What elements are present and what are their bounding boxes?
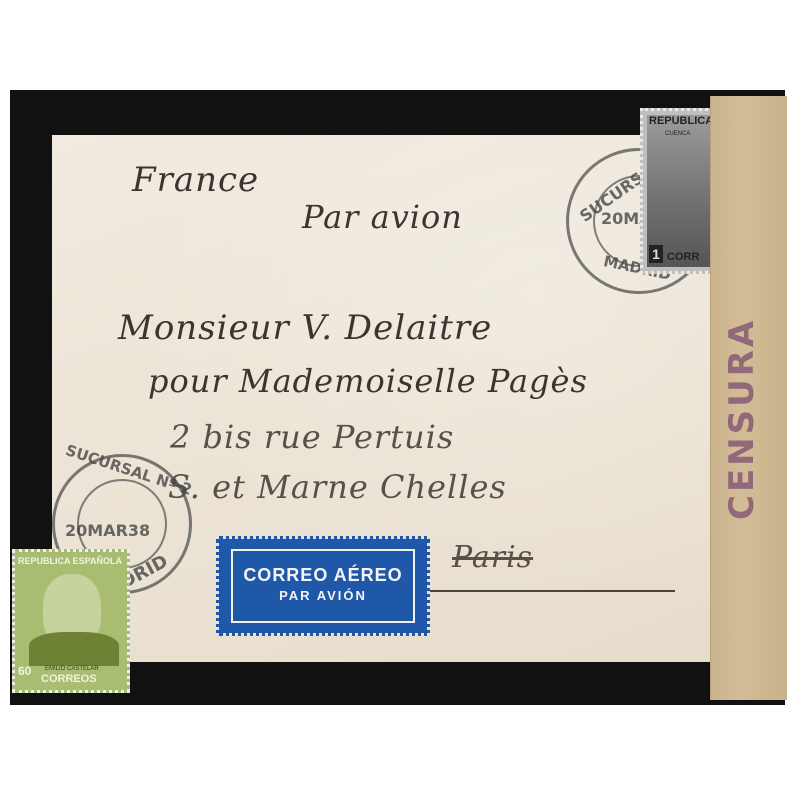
stamp-castelar-value: 60 xyxy=(18,664,31,678)
handwriting-address-line-2: pour Mademoiselle Pagès xyxy=(148,362,588,400)
stamp-cuenca-1-peseta: REPUBLICA CUENCA 1 CORR xyxy=(640,108,720,274)
handwriting-crossed-city: Paris xyxy=(452,540,533,575)
airmail-label-line-1: CORREO AÉREO xyxy=(233,565,413,586)
stamp-cuenca-country: REPUBLICA xyxy=(649,115,713,127)
postmark-bottom-date: 20MAR38 xyxy=(65,521,150,540)
handwriting-country: France xyxy=(132,160,259,200)
stamp-castelar-coat xyxy=(29,632,119,666)
handwriting-underline xyxy=(430,590,675,592)
censor-stamp-text: CENSURA xyxy=(722,318,762,520)
stamp-cuenca-subject: CUENCA xyxy=(665,131,690,137)
stamp-castelar-name: EMILIO CASTELAR xyxy=(45,666,99,672)
handwriting-address-line-4: S. et Marne Chelles xyxy=(168,468,507,506)
stamp-castelar-text: CORREOS xyxy=(41,673,97,685)
stamp-castelar-country: REPUBLICA ESPAÑOLA xyxy=(18,556,122,566)
handwriting-address-line-1: Monsieur V. Delaitre xyxy=(118,308,492,348)
airmail-label-line-2: PAR AVIÓN xyxy=(233,588,413,603)
stamp-cuenca-value: 1 xyxy=(649,245,663,263)
stamp-castelar-60-cts: REPUBLICA ESPAÑOLA EMILIO CASTELAR 60 CO… xyxy=(12,549,130,693)
airmail-label-frame: CORREO AÉREO PAR AVIÓN xyxy=(231,549,415,623)
handwriting-address-line-3: 2 bis rue Pertuis xyxy=(170,418,454,456)
stamp-cuenca-text: CORR xyxy=(667,251,699,263)
handwriting-service: Par avion xyxy=(302,198,463,236)
airmail-label: CORREO AÉREO PAR AVIÓN xyxy=(216,536,430,636)
